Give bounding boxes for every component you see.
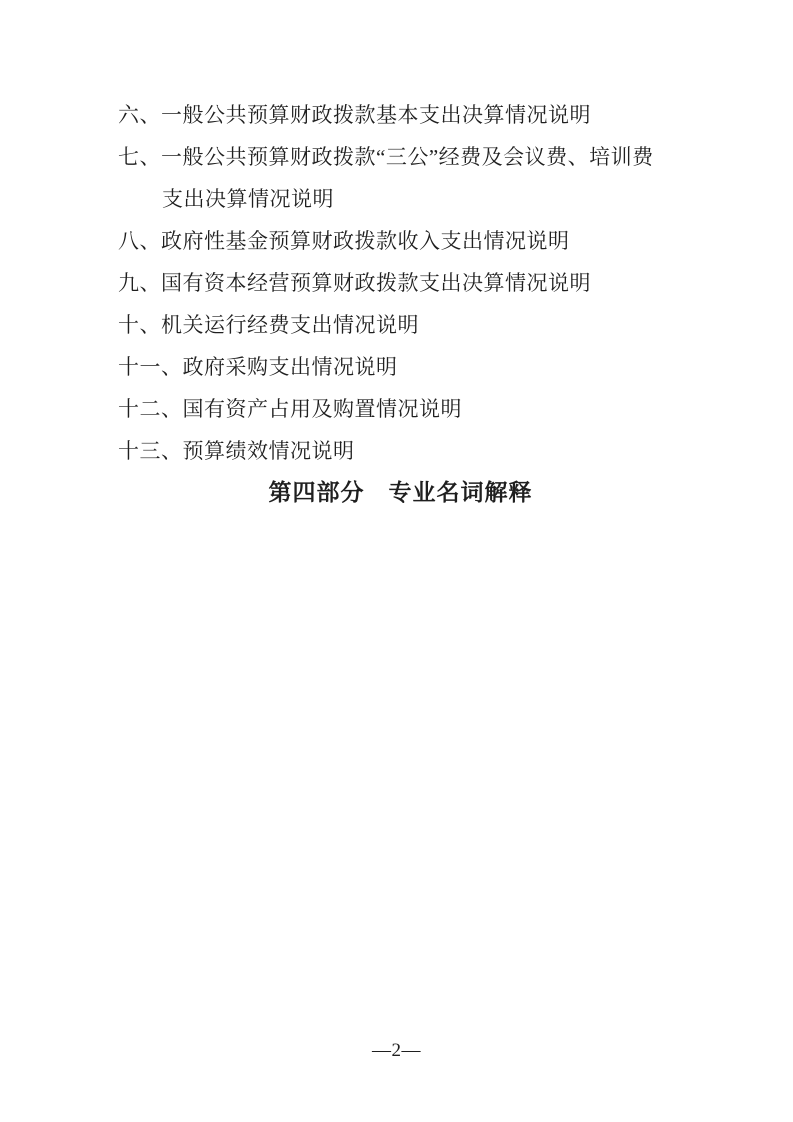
toc-item-6: 六、一般公共预算财政拨款基本支出决算情况说明 <box>118 94 683 136</box>
toc-item-8: 八、政府性基金预算财政拨款收入支出情况说明 <box>118 220 683 262</box>
document-page: 六、一般公共预算财政拨款基本支出决算情况说明 七、一般公共预算财政拨款“三公”经… <box>0 0 793 1122</box>
toc-item-12: 十二、国有资产占用及购置情况说明 <box>118 388 683 430</box>
toc-content: 六、一般公共预算财政拨款基本支出决算情况说明 七、一般公共预算财政拨款“三公”经… <box>118 94 683 514</box>
toc-item-7-continuation: 支出决算情况说明 <box>118 178 683 220</box>
page-number: —2— <box>0 1038 793 1064</box>
toc-item-7: 七、一般公共预算财政拨款“三公”经费及会议费、培训费 <box>118 136 683 178</box>
toc-item-10: 十、机关运行经费支出情况说明 <box>118 304 683 346</box>
toc-item-13: 十三、预算绩效情况说明 <box>118 430 683 472</box>
toc-item-9: 九、国有资本经营预算财政拨款支出决算情况说明 <box>118 262 683 304</box>
toc-item-11: 十一、政府采购支出情况说明 <box>118 346 683 388</box>
section-heading: 第四部分 专业名词解释 <box>118 472 683 514</box>
